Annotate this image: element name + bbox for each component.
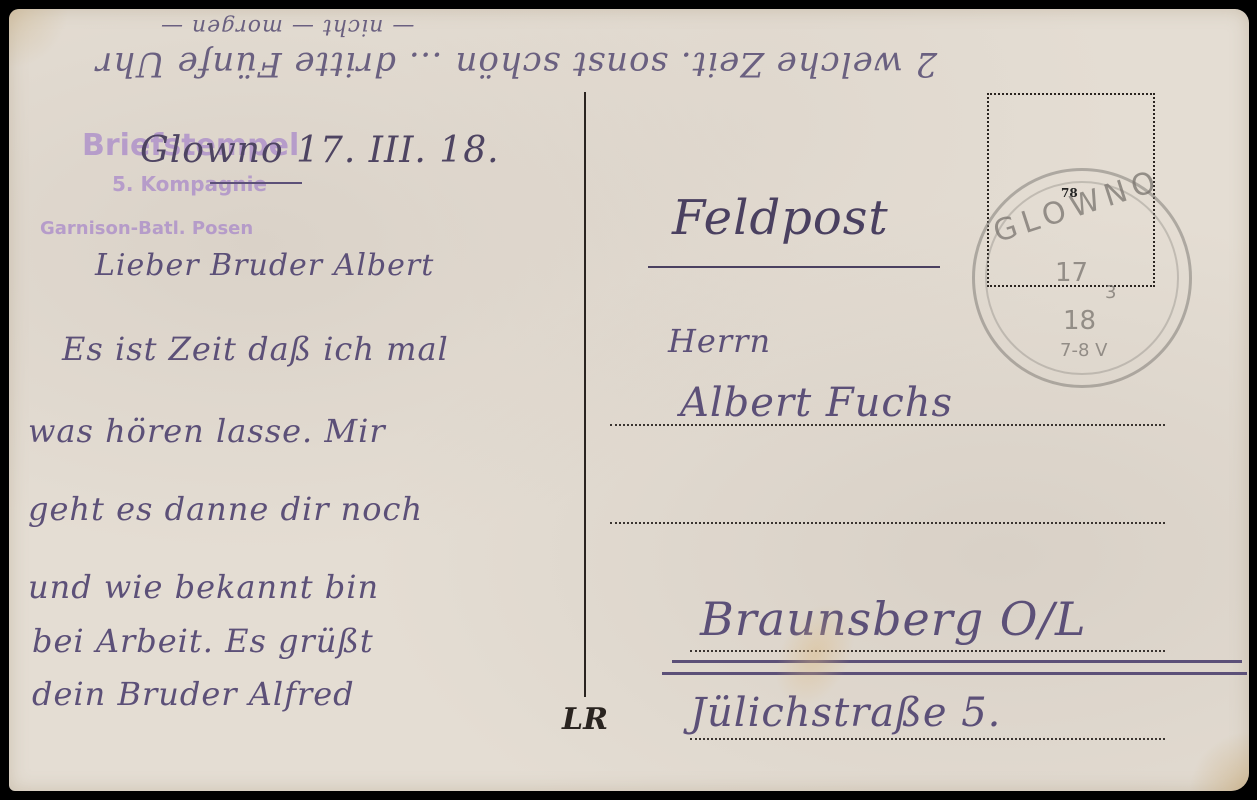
address-line-2 [610, 522, 1165, 524]
address-name: Albert Fuchs [680, 380, 953, 426]
message-line-4: und wie bekannt bin [28, 568, 379, 606]
feldpost-label: Feldpost [672, 190, 889, 246]
corner-wear [9, 9, 69, 69]
postmark-month: 3 [1105, 282, 1116, 303]
town-underline-2 [662, 672, 1247, 675]
address-line-1 [610, 424, 1165, 426]
place-underline [210, 182, 302, 184]
address-line-3 [690, 650, 1165, 652]
message-line-1: Es ist Zeit daß ich mal [62, 330, 449, 368]
message-line-2: was hören lasse. Mir [28, 412, 386, 450]
postmark-day: 17 [1055, 258, 1088, 288]
center-divider [584, 92, 586, 697]
unit-stamp-line3: Garnison-Batl. Posen [40, 218, 253, 239]
message-line-3: geht es danne dir noch [28, 490, 423, 528]
postmark-time: 7-8 V [1060, 340, 1107, 361]
message-line-5: bei Arbeit. Es grüßt [32, 622, 374, 660]
upside-down-note-line1: — nicht — morgen — [160, 14, 414, 39]
address-street: Jülichstraße 5. [690, 690, 1001, 736]
postmark-year: 18 [1063, 306, 1096, 336]
place-date: Glowno 17. III. 18. [140, 130, 500, 171]
upside-down-note-line2: 2 welche Zeit. sonst schön … dritte Fünf… [95, 44, 937, 84]
address-line-4 [690, 738, 1165, 740]
town-underline-1 [672, 660, 1242, 663]
publisher-monogram: LR [562, 702, 608, 737]
feldpost-underline [648, 266, 940, 268]
greeting: Lieber Bruder Albert [95, 248, 434, 283]
message-line-6: dein Bruder Alfred [32, 675, 355, 713]
corner-wear [1189, 731, 1249, 791]
address-town: Braunsberg O/L [700, 592, 1087, 646]
address-salutation: Herrn [668, 322, 771, 360]
unit-stamp-line2: 5. Kompagnie [112, 172, 267, 196]
